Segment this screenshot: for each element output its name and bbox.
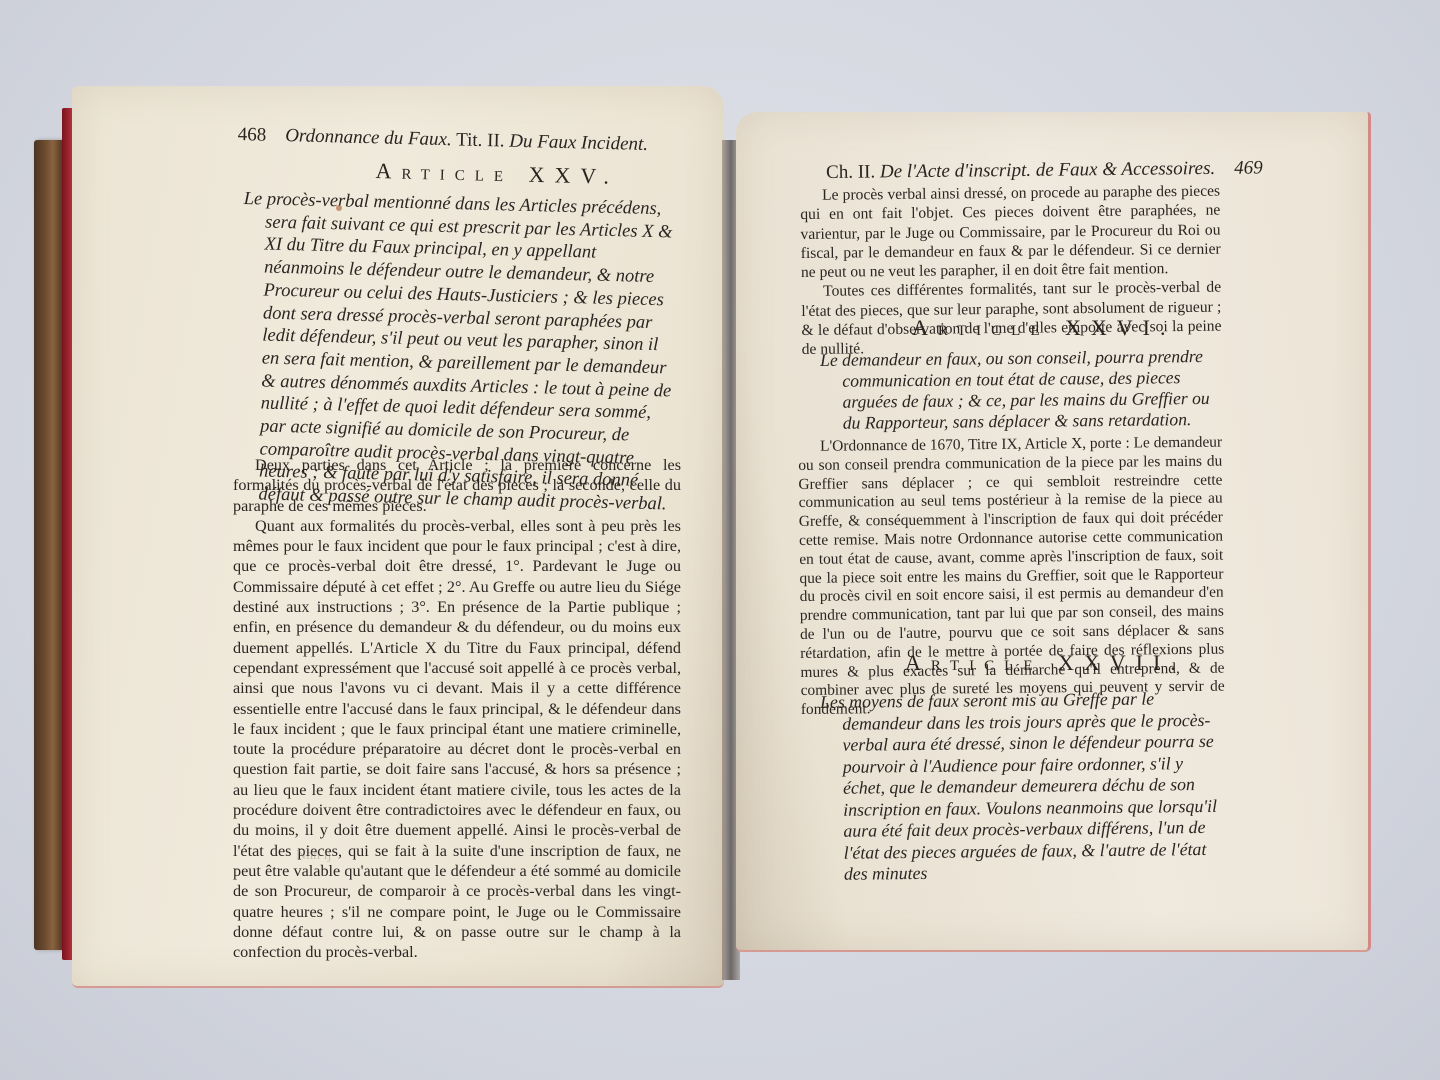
article-26-paragraph: Le demandeur en faux, ou son conseil, po… [820, 346, 1225, 434]
article-27-heading: Article XXVII. [905, 650, 1186, 676]
running-head-section: Du Faux Incident. [509, 131, 648, 155]
running-head-titre: Tit. II. [456, 129, 505, 151]
ink-stain [336, 205, 342, 211]
running-head-chapter: Ch. II. [826, 161, 875, 183]
article-26-text: Le demandeur en faux, ou son conseil, po… [820, 346, 1225, 434]
article-26-heading: Article XXVI. [912, 315, 1175, 341]
left-page-number: 468 [237, 124, 266, 146]
running-head-title: Ordonnance du Faux. [285, 125, 452, 150]
signature-mark: Nnn ij [296, 848, 331, 864]
commentary-paragraph-2: Quant aux formalités du procès-verbal, e… [233, 516, 681, 963]
right-running-head: Ch. II. De l'Acte d'inscript. de Faux & … [826, 157, 1263, 184]
commentary-paragraph-1: Deux parties dans cet Article ; la premi… [233, 455, 681, 516]
article-27-text: Les moyens de faux seront mis au Greffe … [820, 688, 1224, 886]
article-26-commentary: L'Ordonnance de 1670, Titre IX, Article … [798, 434, 1225, 720]
running-head-chapter-title: De l'Acte d'inscript. de Faux & Accessoi… [880, 158, 1215, 183]
article-25-commentary: Deux parties dans cet Article ; la premi… [233, 455, 681, 962]
article-26-commentary-paragraph: L'Ordonnance de 1670, Titre IX, Article … [798, 434, 1225, 720]
right-page-number: 469 [1234, 157, 1263, 178]
article-27-paragraph: Les moyens de faux seront mis au Greffe … [820, 688, 1224, 886]
opening-paragraph-1: Le procès verbal ainsi dressé, on proced… [800, 182, 1221, 283]
